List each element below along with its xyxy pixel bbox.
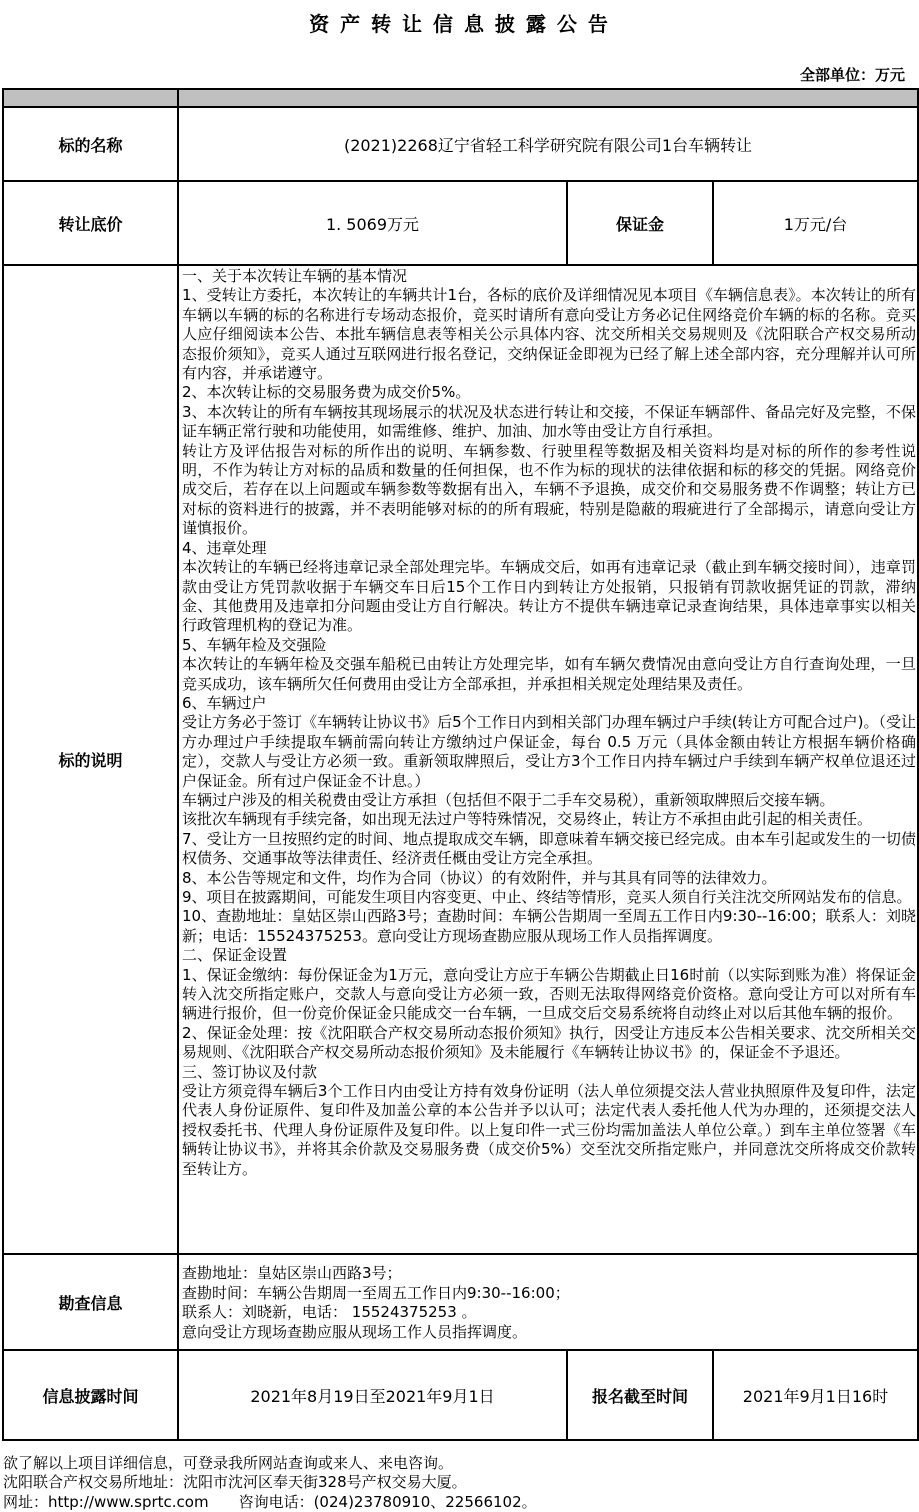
- table-header-row: [3, 89, 918, 107]
- survey-row: 勘查信息 查勘地址：皇姑区崇山西路3号；查勘时间：车辆公告期周一至周五工作日内9…: [3, 1254, 918, 1350]
- subject-name-row: 标的名称 (2021)2268辽宁省轻工科学研究院有限公司1台车辆转让: [3, 107, 918, 181]
- deposit-value: 1万元/台: [713, 181, 918, 265]
- description-label: 标的说明: [3, 265, 178, 1254]
- unit-note: 全部单位：万元: [0, 64, 919, 85]
- footer-notes: 欲了解以上项目详细信息，可登录我所网站查询或来人、来电咨询。沈阳联合产权交易所地…: [3, 1454, 919, 1512]
- announcement-page: 资 产 转 让 信 息 披 露 公 告 全部单位：万元 标的名称 (2021)2…: [0, 0, 919, 1512]
- header-cell-empty-left: [3, 89, 178, 107]
- disclosure-period-value: 2021年8月19日至2021年9月1日: [178, 1350, 567, 1440]
- registration-deadline-label: 报名截至时间: [567, 1350, 713, 1440]
- base-price-label: 转让底价: [3, 181, 178, 265]
- subject-name-value: (2021)2268辽宁省轻工科学研究院有限公司1台车辆转让: [178, 107, 918, 181]
- page-title: 资 产 转 让 信 息 披 露 公 告: [0, 0, 919, 37]
- description-cell: 一、关于本次转让车辆的基本情况1、受转让方委托，本次转让的车辆共计1台，各标的底…: [178, 265, 918, 1254]
- dates-row: 信息披露时间 2021年8月19日至2021年9月1日 报名截至时间 2021年…: [3, 1350, 918, 1440]
- description-text: 一、关于本次转让车辆的基本情况1、受转让方委托，本次转让的车辆共计1台，各标的底…: [182, 267, 916, 1253]
- price-deposit-row: 转让底价 1. 5069万元 保证金 1万元/台: [3, 181, 918, 265]
- survey-label: 勘查信息: [3, 1254, 178, 1350]
- description-row: 标的说明 一、关于本次转让车辆的基本情况1、受转让方委托，本次转让的车辆共计1台…: [3, 265, 918, 1254]
- disclosure-table: 标的名称 (2021)2268辽宁省轻工科学研究院有限公司1台车辆转让 转让底价…: [2, 88, 919, 1441]
- header-cell-empty-right: [178, 89, 918, 107]
- base-price-value: 1. 5069万元: [178, 181, 567, 265]
- disclosure-period-label: 信息披露时间: [3, 1350, 178, 1440]
- deposit-label: 保证金: [567, 181, 713, 265]
- survey-text: 查勘地址：皇姑区崇山西路3号；查勘时间：车辆公告期周一至周五工作日内9:30--…: [182, 1264, 916, 1342]
- subject-name-label: 标的名称: [3, 107, 178, 181]
- registration-deadline-value: 2021年9月1日16时: [713, 1350, 918, 1440]
- survey-cell: 查勘地址：皇姑区崇山西路3号；查勘时间：车辆公告期周一至周五工作日内9:30--…: [178, 1254, 918, 1350]
